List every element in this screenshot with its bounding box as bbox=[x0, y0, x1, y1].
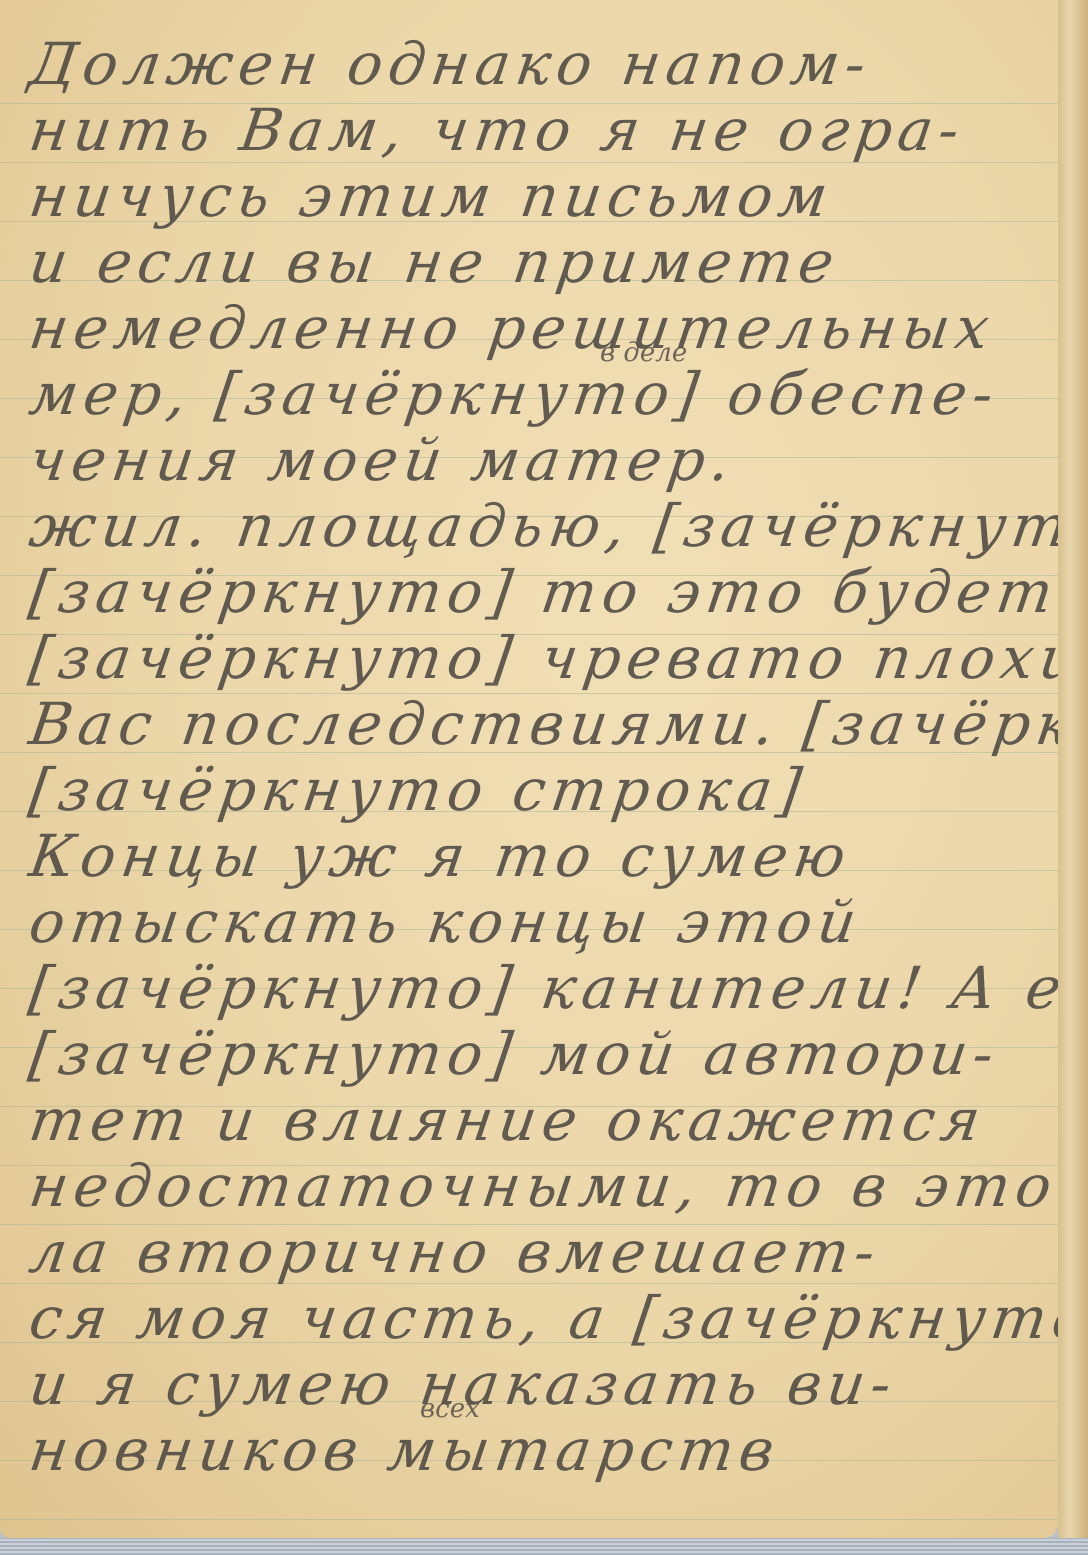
handwritten-line: Вас последствиями. [зачёркнуто] bbox=[25, 690, 1058, 758]
inline-insertion: в деле bbox=[600, 338, 687, 368]
handwritten-line: тет и влияние окажется bbox=[25, 1086, 990, 1154]
handwritten-line: мер, [зачёркнуто] обеспе- bbox=[25, 360, 1003, 428]
handwritten-line: [зачёркнуто] мой автори- bbox=[25, 1020, 1004, 1088]
handwritten-line: [зачёркнуто] чревато плохими для bbox=[25, 624, 1058, 692]
inline-insertion: всех bbox=[420, 1394, 480, 1424]
handwritten-line: чения моей матер. bbox=[25, 426, 740, 494]
notebook-spine bbox=[1058, 0, 1088, 1555]
handwritten-line: недостаточными, то в это де- bbox=[25, 1152, 1058, 1220]
handwritten-line: [зачёркнуто] то это будет bbox=[25, 558, 1058, 626]
scan-edge bbox=[0, 1538, 1088, 1555]
ruled-line bbox=[0, 1519, 1058, 1520]
handwritten-line: ся моя часть, а [зачёркнуто] bbox=[25, 1284, 1058, 1352]
handwritten-line: отыскать концы этой bbox=[25, 888, 866, 956]
handwritten-line: нить Вам, что я не огра- bbox=[25, 96, 969, 164]
handwritten-line: Концы уж я то сумею bbox=[25, 822, 856, 890]
handwritten-line: [зачёркнуто] канители! А если bbox=[25, 954, 1058, 1022]
handwritten-line: новников мытарств bbox=[25, 1416, 784, 1484]
handwritten-line: Должен однако напом- bbox=[25, 30, 876, 98]
handwritten-line: жил. площадью, [зачёркнуто] bbox=[25, 492, 1058, 560]
handwritten-line: и если вы не примете bbox=[25, 228, 844, 296]
handwritten-line: ничусь этим письмом bbox=[25, 162, 838, 230]
handwritten-line: немедленно решительных bbox=[25, 294, 999, 362]
notebook-page: Должен однако напом-нить Вам, что я не о… bbox=[0, 0, 1058, 1538]
handwritten-line: ла вторично вмешает- bbox=[25, 1218, 885, 1286]
handwritten-line: [зачёркнуто строка] bbox=[25, 756, 811, 824]
